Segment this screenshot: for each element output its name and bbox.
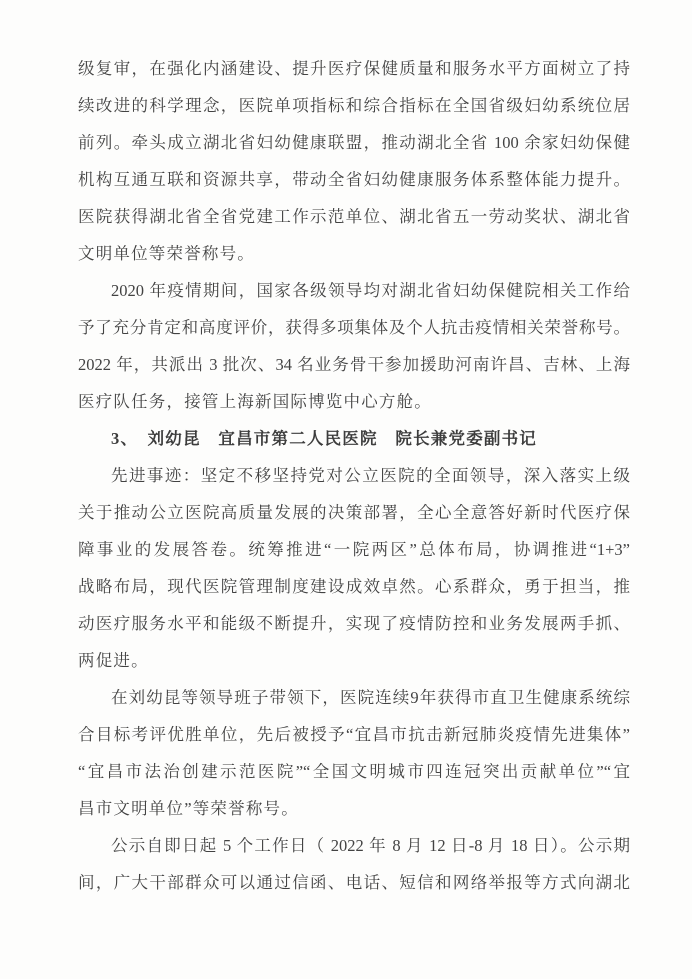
- text-line: 战略布局，现代医院管理制度建设成效卓然。心系群众，勇于担当，推: [78, 568, 630, 605]
- document-body: 级复审，在强化内涵建设、提升医疗保健质量和服务水平方面树立了持续改进的科学理念，…: [78, 50, 630, 901]
- text-line: 先进事迹：坚定不移坚持党对公立医院的全面领导，深入落实上级: [78, 457, 630, 494]
- text-line: 前列。牵头成立湖北省妇幼健康联盟，推动湖北全省 100 余家妇幼保健: [78, 124, 630, 161]
- text-line: 级复审，在强化内涵建设、提升医疗保健质量和服务水平方面树立了持: [78, 50, 630, 87]
- text-line: “宜昌市法治创建示范医院”“全国文明城市四连冠突出贡献单位”“宜: [78, 753, 630, 790]
- text-line: 予了充分肯定和高度评价，获得多项集体及个人抗击疫情相关荣誉称号。: [78, 309, 630, 346]
- section-heading: 3、 刘幼昆 宜昌市第二人民医院 院长兼党委副书记: [78, 420, 630, 457]
- text-line: 公示自即日起 5 个工作日（ 2022 年 8 月 12 日-8 月 18 日）…: [78, 827, 630, 864]
- document-page: 级复审，在强化内涵建设、提升医疗保健质量和服务水平方面树立了持续改进的科学理念，…: [0, 0, 692, 979]
- text-line: 2020 年疫情期间，国家各级领导均对湖北省妇幼保健院相关工作给: [78, 272, 630, 309]
- text-line: 2022 年，共派出 3 批次、34 名业务骨干参加援助河南许昌、吉林、上海: [78, 346, 630, 383]
- text-line: 两促进。: [78, 642, 630, 679]
- text-line: 机构互通互联和资源共享，带动全省妇幼健康服务体系整体能力提升。: [78, 161, 630, 198]
- text-line: 文明单位等荣誉称号。: [78, 235, 630, 272]
- text-line: 间，广大干部群众可以通过信函、电话、短信和网络举报等方式向湖北: [78, 864, 630, 901]
- text-line: 在刘幼昆等领导班子带领下，医院连续9年获得市直卫生健康系统综: [78, 679, 630, 716]
- text-line: 关于推动公立医院高质量发展的决策部署，全心全意答好新时代医疗保: [78, 494, 630, 531]
- text-line: 昌市文明单位”等荣誉称号。: [78, 790, 630, 827]
- text-line: 医院获得湖北省全省党建工作示范单位、湖北省五一劳动奖状、湖北省: [78, 198, 630, 235]
- text-line: 合目标考评优胜单位，先后被授予“宜昌市抗击新冠肺炎疫情先进集体”: [78, 716, 630, 753]
- text-line: 动医疗服务水平和能级不断提升，实现了疫情防控和业务发展两手抓、: [78, 605, 630, 642]
- text-line: 医疗队任务，接管上海新国际博览中心方舱。: [78, 383, 630, 420]
- text-line: 障事业的发展答卷。统筹推进“一院两区”总体布局，协调推进“1+3”: [78, 531, 630, 568]
- text-line: 续改进的科学理念，医院单项指标和综合指标在全国省级妇幼系统位居: [78, 87, 630, 124]
